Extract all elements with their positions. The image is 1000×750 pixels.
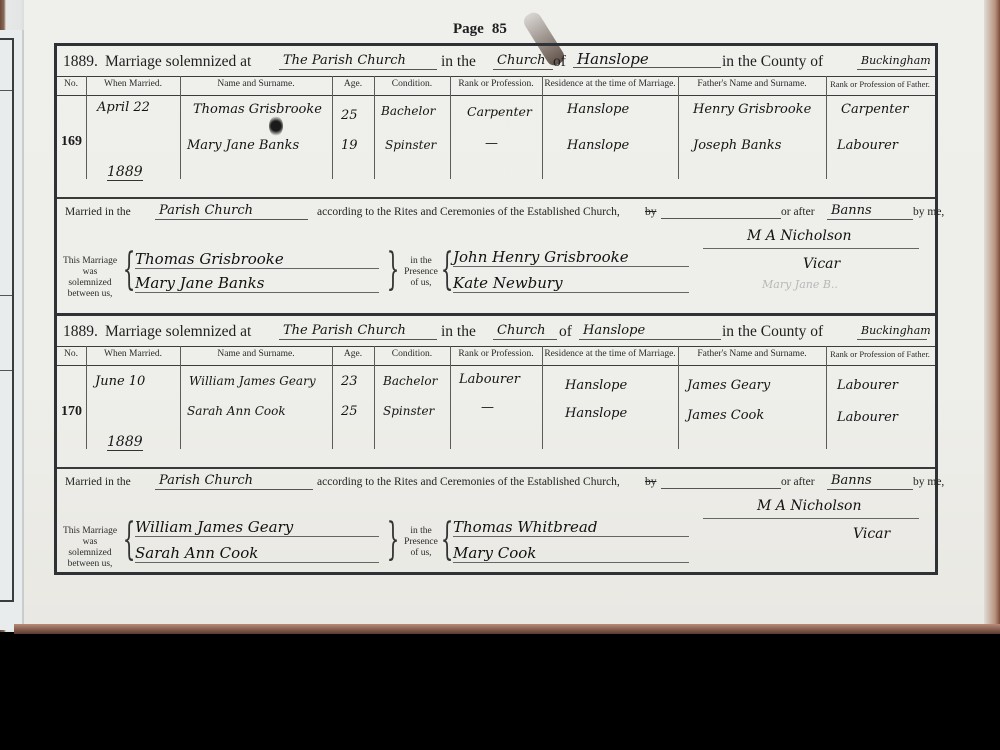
bride-signature: Mary Jane Banks <box>135 274 379 293</box>
officiant-signature: M A Nicholson <box>757 498 861 514</box>
witness-2-signature: Mary Cook <box>453 544 689 563</box>
groom-age: 23 <box>341 374 358 389</box>
entry-row: 169 April 22 1889 Thomas Grisbrooke Mary… <box>57 94 935 199</box>
rites-label: according to the Rites and Ceremonies of… <box>317 206 620 218</box>
col-name: Name and Surname. <box>181 349 331 359</box>
col-divider <box>332 346 333 449</box>
bride-age: 19 <box>341 138 358 153</box>
groom-condition: Bachelor <box>381 104 435 118</box>
col-divider <box>450 346 451 449</box>
county-label: in the County of <box>722 53 823 71</box>
officiant-line <box>703 248 919 249</box>
groom-name: Thomas Grisbrooke <box>193 102 322 117</box>
after-value: Banns <box>827 203 913 220</box>
brace-right: } <box>387 518 400 562</box>
married-in-value: Parish Church <box>155 203 308 220</box>
page-label: Page <box>453 21 484 37</box>
in-the-label: in the <box>441 53 476 71</box>
witness-2-signature: Kate Newbury <box>453 274 689 293</box>
licence-blank <box>661 488 781 489</box>
left-page-rule <box>0 90 12 91</box>
marriage-entry-169: 1889. Marriage solemnized at The Parish … <box>57 46 935 316</box>
signatures-section: This Marriage was solemnized between us,… <box>57 506 935 576</box>
by-label-struck: by <box>645 206 657 218</box>
entry-year: 1889. <box>63 323 98 341</box>
col-divider <box>450 76 451 179</box>
parish-value: Hanslope <box>573 51 721 68</box>
groom-name: William James Geary <box>189 374 316 388</box>
or-after-label: or after <box>781 206 815 218</box>
col-rank: Rank or Profession. <box>451 79 541 89</box>
col-divider <box>678 346 679 449</box>
col-age: Age. <box>333 79 373 89</box>
groom-residence: Hanslope <box>567 102 629 117</box>
bride-condition: Spinster <box>385 138 436 152</box>
after-value: Banns <box>827 473 913 490</box>
parish-value: Hanslope <box>579 323 721 340</box>
groom-father-rank: Labourer <box>837 378 898 393</box>
bride-age: 25 <box>341 404 358 419</box>
marriage-date: June 10 <box>95 374 145 389</box>
county-value: Buckingham <box>857 323 927 340</box>
brace-left: { <box>123 248 136 292</box>
county-value: Buckingham <box>857 53 927 70</box>
groom-rank: Labourer <box>459 372 520 387</box>
col-rank: Rank or Profession. <box>451 349 541 359</box>
bride-father-rank: Labourer <box>837 410 898 425</box>
col-name: Name and Surname. <box>181 79 331 89</box>
bride-father: Joseph Banks <box>693 138 781 153</box>
groom-residence: Hanslope <box>565 378 627 393</box>
col-condition: Condition. <box>375 349 449 359</box>
marriage-entry-170: 1889. Marriage solemnized at The Parish … <box>57 316 935 572</box>
brace-right: } <box>387 248 400 292</box>
marriage-year-value: 1889 <box>107 164 143 181</box>
in-the-label: in the <box>441 323 476 341</box>
bride-signature: Sarah Ann Cook <box>135 544 379 563</box>
col-residence: Residence at the time of Marriage. <box>543 349 677 359</box>
rites-label: according to the Rites and Ceremonies of… <box>317 476 620 488</box>
col-when: When Married. <box>87 79 179 89</box>
col-divider <box>374 76 375 179</box>
groom-signature: Thomas Grisbrooke <box>135 250 379 269</box>
col-divider <box>826 346 827 449</box>
licence-blank <box>661 218 781 219</box>
groom-rank: Carpenter <box>467 104 532 119</box>
groom-father-rank: Carpenter <box>841 102 908 117</box>
witness-1-signature: John Henry Grisbrooke <box>453 248 689 267</box>
column-headers: No. When Married. Name and Surname. Age.… <box>57 346 935 366</box>
col-divider <box>678 76 679 179</box>
left-page-frame <box>0 38 14 602</box>
left-page-rule <box>0 370 12 371</box>
entry-row: 170 June 10 1889 William James Geary Sar… <box>57 364 935 469</box>
officiant-title: Vicar <box>803 256 840 272</box>
by-me-label: by me, <box>913 476 944 488</box>
by-label-struck: by <box>645 476 657 488</box>
col-divider <box>86 346 87 449</box>
entry-number: 170 <box>61 404 82 420</box>
groom-father: Henry Grisbrooke <box>693 102 811 117</box>
col-divider <box>826 76 827 179</box>
bride-rank: — <box>485 136 498 151</box>
book-cover-edge <box>14 624 1000 634</box>
groom-age: 25 <box>341 108 358 123</box>
county-label: in the County of <box>722 323 823 341</box>
page-number: Page85 <box>453 21 507 38</box>
bride-father-rank: Labourer <box>837 138 898 153</box>
page-edge <box>984 0 1000 632</box>
of-label: of <box>553 53 566 71</box>
solemnized-between-label: This Marriage was solemnized between us, <box>61 256 119 300</box>
bride-residence: Hanslope <box>565 406 627 421</box>
in-presence-label: in the Presence of us, <box>399 526 443 559</box>
witness-1-signature: Thomas Whitbread <box>453 518 689 537</box>
column-headers: No. When Married. Name and Surname. Age.… <box>57 76 935 96</box>
marriage-date: April 22 <box>97 100 150 115</box>
entry-year: 1889. <box>63 53 98 71</box>
col-divider <box>542 76 543 179</box>
officiant-line <box>703 518 919 519</box>
church-value: Church <box>493 53 553 70</box>
solemnized-label: Marriage solemnized at <box>105 323 251 341</box>
col-divider <box>374 346 375 449</box>
pencil-note: Mary Jane B.. <box>762 278 838 291</box>
marriage-year: 1889 <box>107 434 143 451</box>
bride-residence: Hanslope <box>567 138 629 153</box>
signatures-section: This Marriage was solemnized between us,… <box>57 236 935 306</box>
groom-father: James Geary <box>687 378 770 393</box>
entry-heading: 1889. Marriage solemnized at The Parish … <box>57 46 935 76</box>
bride-condition: Spinster <box>383 404 434 418</box>
col-condition: Condition. <box>375 79 449 89</box>
married-in-label: Married in the <box>65 206 131 218</box>
in-presence-label: in the Presence of us, <box>399 256 443 289</box>
solemnized-label: Marriage solemnized at <box>105 53 251 71</box>
left-page-edge <box>0 30 24 630</box>
married-in-line: Married in the Parish Church according t… <box>57 204 935 224</box>
bride-father: James Cook <box>687 408 764 423</box>
col-when: When Married. <box>87 349 179 359</box>
married-in-value: Parish Church <box>155 473 313 490</box>
col-father-rank: Rank or Profession of Father. <box>827 349 933 359</box>
col-father: Father's Name and Surname. <box>679 349 825 359</box>
col-divider <box>180 346 181 449</box>
officiant-signature: M A Nicholson <box>747 228 851 244</box>
brace-witness: { <box>441 518 454 562</box>
marriage-year: 1889 <box>107 164 143 181</box>
solemnized-between-label: This Marriage was solemnized between us, <box>61 526 119 570</box>
officiant-title: Vicar <box>853 526 890 542</box>
groom-condition: Bachelor <box>383 374 437 388</box>
col-age: Age. <box>333 349 373 359</box>
married-in-line: Married in the Parish Church according t… <box>57 474 935 494</box>
brace-witness: { <box>441 248 454 292</box>
col-no: No. <box>57 349 85 359</box>
col-divider <box>86 76 87 179</box>
col-divider <box>542 346 543 449</box>
place-value: The Parish Church <box>279 53 437 70</box>
col-father-rank: Rank or Profession of Father. <box>827 79 933 89</box>
entry-heading: 1889. Marriage solemnized at The Parish … <box>57 316 935 346</box>
ink-blot <box>269 116 283 136</box>
entry-number: 169 <box>61 134 82 150</box>
col-divider <box>332 76 333 179</box>
of-label: of <box>559 323 572 341</box>
bride-name: Mary Jane Banks <box>187 138 299 153</box>
brace-left: { <box>123 518 136 562</box>
col-father: Father's Name and Surname. <box>679 79 825 89</box>
bride-name: Sarah Ann Cook <box>187 404 286 418</box>
bride-rank: — <box>481 400 494 415</box>
place-value: The Parish Church <box>279 323 437 340</box>
page-number-value: 85 <box>492 21 507 37</box>
or-after-label: or after <box>781 476 815 488</box>
col-residence: Residence at the time of Marriage. <box>543 79 677 89</box>
groom-signature: William James Geary <box>135 518 379 537</box>
marriage-year-value: 1889 <box>107 434 143 451</box>
left-page-rule <box>0 295 12 296</box>
marriage-register: 1889. Marriage solemnized at The Parish … <box>54 43 938 575</box>
by-me-label: by me, <box>913 206 944 218</box>
col-divider <box>180 76 181 179</box>
married-in-label: Married in the <box>65 476 131 488</box>
church-value: Church <box>493 323 557 340</box>
col-no: No. <box>57 79 85 89</box>
